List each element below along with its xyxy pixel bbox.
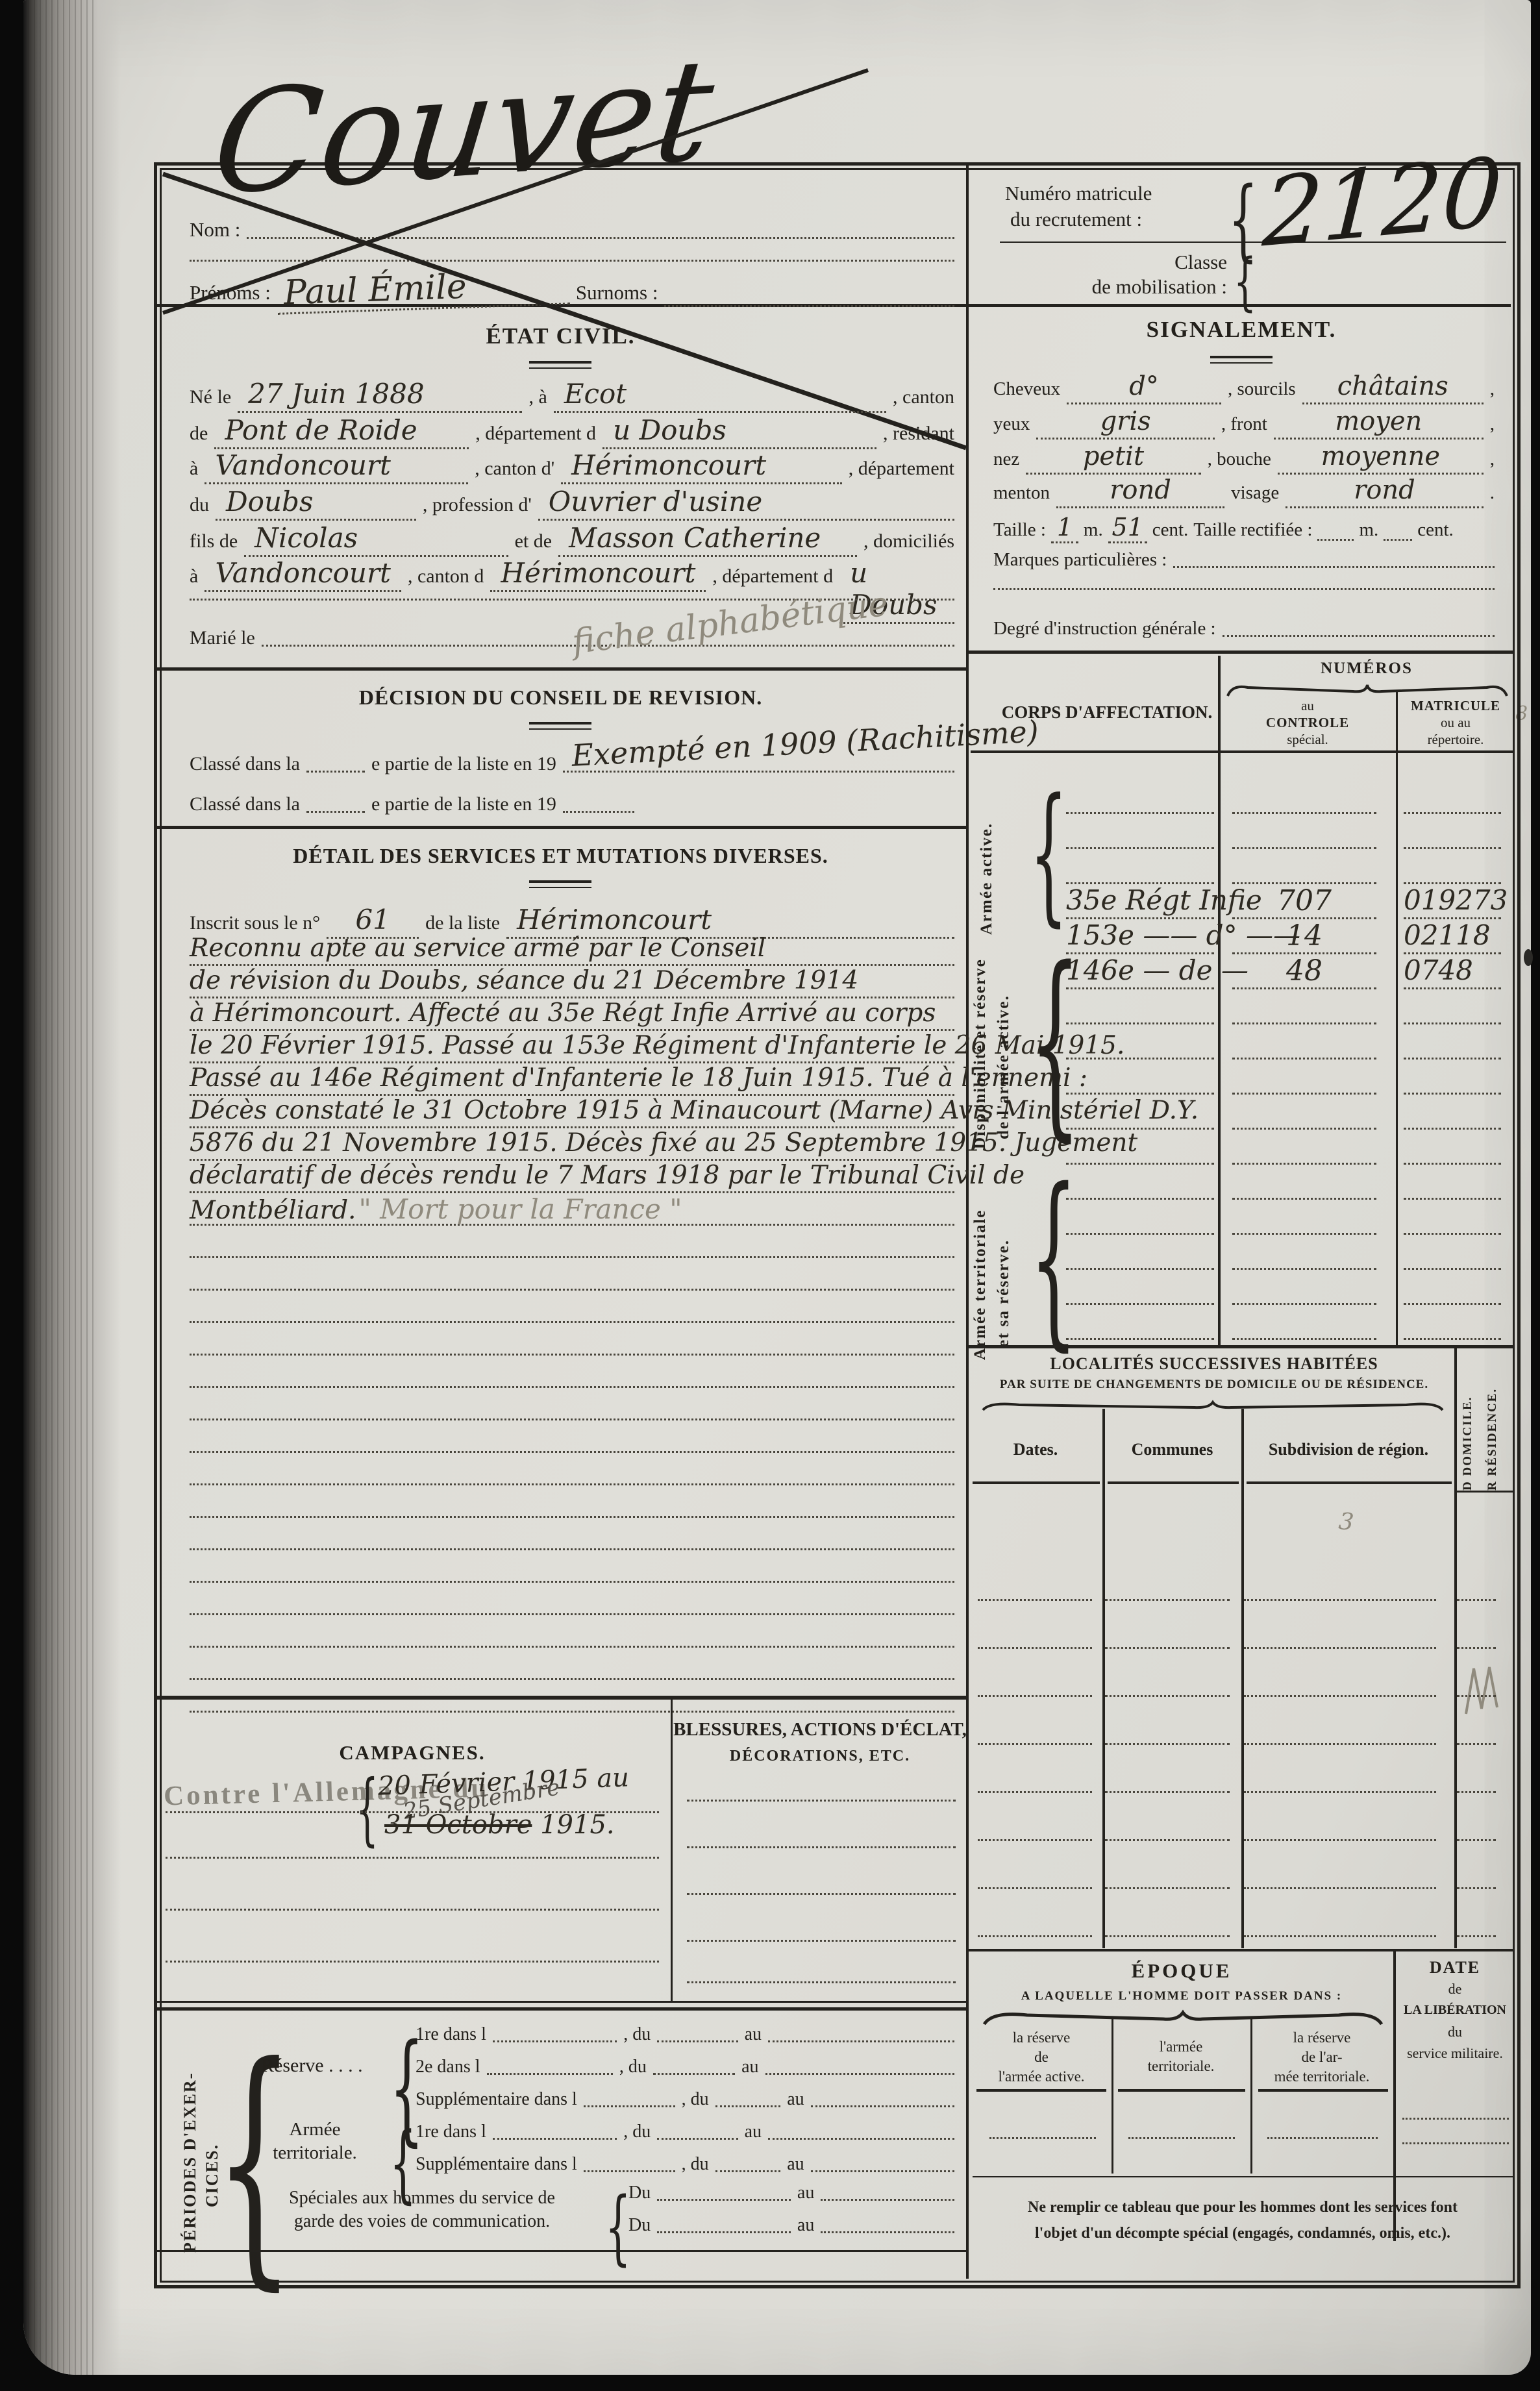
au-label: au: [745, 2024, 762, 2045]
classe1-blank: [306, 767, 365, 773]
localites-rows: [978, 1553, 1514, 1937]
yeux-label: yeux: [993, 414, 1030, 435]
periode-row: Du au: [628, 2183, 954, 2203]
services-line: Passé au 146e Régiment d'Infanterie le 1…: [190, 1063, 954, 1096]
services-line: Reconnu apte au service armé par le Cons…: [190, 934, 954, 966]
corps-affectation-title: CORPS D'AFFECTATION.: [1000, 702, 1214, 723]
residant-suffix: , résidant: [883, 423, 954, 445]
campagne-line: [166, 1909, 659, 1911]
dr-header-rule: [1457, 1491, 1513, 1493]
sig-row-4: menton rond visage rond .: [993, 475, 1495, 508]
subdivision-col-header: Subdivision de région.: [1248, 1440, 1449, 1459]
marques-row: Marques particulières :: [993, 549, 1495, 571]
disponibilite-label-2: de l'armée active.: [995, 938, 1013, 1139]
services-line: Décès constaté le 31 Octobre 1915 à Mina…: [190, 1096, 954, 1128]
epoque-col3-rule: [1258, 2089, 1388, 2092]
date-cell-line: [1402, 2142, 1509, 2144]
epoque-divider-1: [1112, 2018, 1113, 2174]
visage-value: rond: [1285, 475, 1484, 508]
matricule-col-header: MATRICULE ou au répertoire.: [1400, 697, 1511, 748]
corps-header-rule: [971, 750, 1514, 753]
signalement-title: SIGNALEMENT.: [969, 317, 1514, 343]
degre-line: [1223, 631, 1495, 637]
classe2-label-a: Classé dans la: [190, 793, 300, 815]
ec-row-2: de Pont de Roide , département d u Doubs…: [190, 414, 954, 449]
campagne-brace: {: [356, 1763, 379, 1855]
degre-row: Degré d'instruction générale :: [993, 618, 1495, 639]
sig-row-1: Cheveux d° , sourcils châtains ,: [993, 371, 1495, 404]
father-value: Nicolas: [244, 522, 508, 557]
a3-label: à: [190, 565, 198, 588]
mother-value: Masson Catherine: [558, 522, 857, 557]
unit-146e: 146e — de —: [1066, 954, 1214, 989]
dept3-label: , département d: [712, 565, 833, 588]
campagnes-bottom-rule-1: [157, 2001, 966, 2003]
etat-civil-title: ÉTAT CIVIL.: [154, 323, 967, 349]
pencil-3-mark: 3: [1337, 1508, 1355, 1536]
marques-line: [1173, 562, 1495, 568]
sig-punct: ,: [1490, 414, 1495, 435]
services-line: le 20 Février 1915. Passé au 153e Régime…: [190, 1031, 954, 1063]
epoque-divider-2: [1250, 2018, 1252, 2174]
taille-label: Taille :: [993, 519, 1046, 541]
domicilies-suffix: , domiciliés: [863, 530, 954, 552]
au-label: au: [797, 2183, 814, 2203]
armee-active-brace: {: [1030, 767, 1068, 941]
epoque-cell-line: [1267, 2137, 1378, 2139]
au-label: au: [741, 2057, 758, 2077]
reserve-label: Réserve . . . .: [261, 2055, 363, 2077]
cheveux-label: Cheveux: [993, 378, 1060, 400]
campagnes-title: CAMPAGNES.: [154, 1741, 671, 1765]
classe2-blank: [306, 807, 365, 813]
subdivision-header-rule: [1247, 1481, 1452, 1484]
services-text-block: Reconnu apte au service armé par le Cons…: [190, 934, 954, 1713]
dept2-suffix: , département: [849, 458, 954, 480]
au-label: au: [787, 2154, 804, 2175]
epoque-note: Ne remplir ce tableau que pour les homme…: [971, 2194, 1514, 2246]
services-title: DÉTAIL DES SERVICES ET MUTATIONS DIVERSE…: [154, 844, 967, 868]
inscrit-label-b: de la liste: [425, 912, 500, 934]
services-line: de révision du Doubs, séance du 21 Décem…: [190, 966, 954, 998]
sig-punct: .: [1490, 482, 1495, 504]
corps-rows: 35e Régt Infie 707 019273 153e —— d° —— …: [1066, 779, 1509, 1340]
territoriale-label: Armée territoriale.: [247, 2118, 383, 2164]
classe1-label-b: e partie de la liste en 19: [371, 753, 556, 775]
numeros-title: NUMÉROS: [1219, 660, 1514, 678]
epoque-top-rule: [969, 1949, 1514, 1951]
matricule-153e: 02118: [1404, 919, 1501, 954]
services-line: déclaratif de décès rendu le 7 Mars 1918…: [190, 1161, 954, 1193]
residence-value: Vandoncourt: [205, 449, 468, 484]
struck-date: 31 Octobre: [384, 1810, 532, 1840]
epoque-brace: [982, 2009, 1384, 2026]
territoriale-reserve-label-1: Armée territoriale: [971, 1152, 989, 1360]
periodes-side-label: PÉRIODES D'EXER-: [180, 2038, 200, 2253]
blessures-line: [687, 1893, 956, 1895]
book-spine-page-edges: [23, 0, 121, 2375]
matricule-label: Numéro matricule du recrutement :: [1005, 180, 1152, 232]
taille-cm: 51: [1108, 513, 1147, 543]
inscrit-label-a: Inscrit sous le n°: [190, 912, 320, 934]
au-label: au: [797, 2215, 814, 2236]
epoque-col1-header: la réservedel'armée active.: [975, 2028, 1108, 2087]
campagne-dates-2: 31 Octobre 1915.: [384, 1810, 615, 1840]
et-de-label: et de: [515, 530, 552, 552]
controle-153e: 14: [1232, 919, 1376, 954]
cent-label: cent.: [1152, 519, 1189, 541]
dept-value: u Doubs: [602, 414, 876, 449]
epoque-subtitle: A LAQUELLE L'HOMME DOIT PASSER DANS :: [974, 1989, 1389, 2003]
fils-de-label: fils de: [190, 530, 238, 552]
sig-punct: ,: [1490, 378, 1495, 400]
birthplace-value: Ecot: [554, 378, 886, 413]
ink-blot: [1524, 949, 1533, 966]
periode-row: Supplémentaire dans l , du au: [416, 2089, 954, 2110]
canton2-value: Hérimoncourt: [561, 449, 842, 484]
epoque-cell-line: [989, 2137, 1096, 2139]
sourcils-label: , sourcils: [1228, 378, 1296, 400]
corps-bottom-rule: [969, 1345, 1514, 1348]
blessures-title-2: DÉCORATIONS, ETC.: [673, 1748, 967, 1765]
periode-row: 1re dans l , du au: [416, 2122, 954, 2142]
etat-civil-bottom-rule: [157, 667, 966, 671]
du-label: , du: [623, 2122, 651, 2142]
front-value: moyen: [1274, 406, 1484, 440]
classe2-label-b: e partie de la liste en 19: [371, 793, 556, 815]
campagne-line: [166, 1811, 659, 1813]
periode-label: 1re dans l: [416, 2122, 486, 2142]
periode-label: 1re dans l: [416, 2024, 486, 2045]
date-cell-line: [1402, 2118, 1509, 2120]
classe-brace: {: [1234, 245, 1256, 318]
marques-label: Marques particulières :: [993, 549, 1167, 571]
periodes-bottom-rule: [157, 2250, 966, 2252]
periode-label: Supplémentaire dans l: [416, 2089, 577, 2110]
epoque-col3-header: la réservede l'ar-mée territoriale.: [1254, 2028, 1389, 2087]
au-label: au: [787, 2089, 804, 2110]
matricule-value: 2120: [1260, 137, 1505, 269]
blessures-line: [687, 1846, 956, 1848]
canton3-label: , canton d: [408, 565, 484, 588]
cent2-label: cent.: [1417, 519, 1454, 541]
sig-row-3: nez petit , bouche moyenne ,: [993, 441, 1495, 475]
canton-suffix: , canton: [893, 386, 954, 408]
ec-row-5: fils de Nicolas et de Masson Catherine ,…: [190, 522, 954, 557]
date-liberation-header: DATE de LA LIBÉRATION du service militai…: [1397, 1957, 1513, 2064]
campagne-line: [166, 1857, 659, 1859]
canton3-value: Hérimoncourt: [490, 557, 706, 592]
classe1-label-a: Classé dans la: [190, 753, 300, 775]
taille-rect-m-line: [1317, 535, 1354, 541]
degre-label: Degré d'instruction générale :: [993, 618, 1216, 639]
au-label: au: [745, 2122, 762, 2142]
communes-col-header: Communes: [1109, 1440, 1236, 1459]
du-label: Du: [628, 2215, 651, 2236]
dates-col-header: Dates.: [974, 1440, 1097, 1459]
yeux-value: gris: [1036, 406, 1215, 440]
residence-vertical-label: R RÉSIDENCE.: [1485, 1354, 1500, 1491]
periode-label: Supplémentaire dans l: [416, 2154, 577, 2175]
signalement-bottom-rule: [969, 650, 1514, 654]
ec-row-4: du Doubs , profession d' Ouvrier d'usine: [190, 486, 954, 521]
du-label: , du: [619, 2057, 647, 2077]
controle-146e: 48: [1232, 954, 1376, 989]
campagne-year: 1915.: [540, 1810, 615, 1840]
armee-active-label: Armée active.: [978, 773, 996, 935]
du-value: Doubs: [216, 486, 416, 521]
marie-label: Marié le: [190, 627, 255, 649]
blessures-title-1: BLESSURES, ACTIONS D'ÉCLAT,: [673, 1719, 967, 1741]
classe2-row: Classé dans la e partie de la liste en 1…: [190, 793, 748, 815]
localites-title-2: PAR SUITE DE CHANGEMENTS DE DOMICILE OU …: [974, 1378, 1454, 1392]
blessures-line: [687, 1981, 956, 1983]
m-label: m.: [1084, 519, 1103, 541]
unit-153e: 153e —— d° ——: [1066, 919, 1214, 954]
localites-brace: [980, 1400, 1445, 1411]
campagnes-bottom-rule-2: [157, 2007, 966, 2011]
taille-rect-label: Taille rectifiée :: [1193, 519, 1312, 541]
matricule-35e: 019273: [1404, 884, 1501, 919]
du-label: , du: [623, 2024, 651, 2045]
sig-punct: ,: [1490, 449, 1495, 470]
a3-value: Vandoncourt: [205, 557, 401, 592]
du-label: Du: [628, 2183, 651, 2203]
taille-m: 1: [1051, 513, 1078, 543]
periode-row: 1re dans l , du au: [416, 2024, 954, 2045]
epoque-col2-rule: [1118, 2089, 1245, 2092]
territoriale-reserve-label-2: et sa réserve.: [995, 1165, 1013, 1347]
visage-label: visage: [1231, 482, 1279, 504]
marques-blank: [993, 584, 1495, 593]
du-label: du: [190, 494, 209, 516]
m2-label: m.: [1359, 519, 1378, 541]
speciales-brace: {: [605, 2180, 631, 2274]
periode-row: Supplémentaire dans l , du au: [416, 2154, 954, 2175]
profession-value: Ouvrier d'usine: [538, 486, 954, 521]
services-bottom-rule: [157, 1696, 966, 1700]
bouche-label: , bouche: [1208, 449, 1271, 470]
a2-label: à: [190, 458, 198, 480]
unit-35e: 35e Régt Infie: [1066, 884, 1214, 919]
front-label: , front: [1221, 414, 1267, 435]
numeros-brace: [1226, 682, 1509, 697]
ec-row-3: à Vandoncourt , canton d' Hérimoncourt ,…: [190, 449, 954, 484]
du-label: , du: [682, 2089, 709, 2110]
cheveux-value: d°: [1067, 371, 1221, 404]
birthdate-value: 27 Juin 1888: [238, 378, 522, 413]
decision-bottom-rule: [157, 826, 966, 829]
controle-col-header: au CONTROLE spécial.: [1223, 697, 1392, 748]
decision-title: DÉCISION DU CONSEIL DE REVISION.: [154, 686, 967, 710]
a-label: , à: [528, 386, 547, 408]
communes-header-rule: [1108, 1481, 1239, 1484]
du-label: , du: [682, 2154, 709, 2175]
corps-entry-row: 146e — de — 48 0748: [1066, 954, 1509, 989]
blessures-line: [687, 1800, 956, 1802]
menton-label: menton: [993, 482, 1050, 504]
corps-entry-row: 35e Régt Infie 707 019273: [1066, 884, 1509, 919]
ec-row-1: Né le 27 Juin 1888 , à Ecot , canton: [190, 378, 954, 413]
services-line: Montbéliard.: [190, 1196, 356, 1225]
canton2-label: , canton d': [475, 458, 554, 480]
services-line: 5876 du 21 Novembre 1915. Décès fixé au …: [190, 1128, 954, 1161]
domicile-vertical-label: D DOMICILE.: [1461, 1354, 1475, 1491]
speciales-label: Spéciales aux hommes du service de garde…: [240, 2187, 604, 2233]
periode-row: Du au: [628, 2215, 954, 2236]
bouche-value: moyenne: [1278, 441, 1484, 475]
corps-entry-row: 153e —— d° —— 14 02118: [1066, 919, 1509, 954]
classe2-line: [563, 807, 634, 813]
profession-label: , profession d': [423, 494, 532, 516]
epoque-col1-rule: [976, 2089, 1106, 2092]
dates-header-rule: [973, 1481, 1100, 1484]
decision-rule: [529, 722, 591, 730]
campagne-line: [166, 1961, 659, 1963]
epoque-note-rule: [973, 2176, 1513, 2177]
de-label: de: [190, 423, 208, 445]
dept-label: , département d: [475, 423, 596, 445]
localites-title-1: LOCALITÉS SUCCESSIVES HABITÉES: [974, 1354, 1454, 1374]
nez-label: nez: [993, 449, 1019, 470]
disponibilite-label-1: Disponibilité et réserve: [971, 928, 989, 1149]
epoque-col2-header: l'arméeterritoriale.: [1115, 2037, 1247, 2076]
campagnes-divider: [671, 1700, 673, 2003]
nez-value: petit: [1026, 441, 1200, 475]
signalement-rule: [1210, 356, 1273, 364]
periode-row: 2e dans l , du au: [416, 2057, 954, 2077]
services-line: à Hérimoncourt. Affecté au 35e Régt Infi…: [190, 998, 954, 1031]
scanned-register-page: { "header": { "nom_label": "Nom :", "nom…: [0, 0, 1540, 2391]
mort-pour-la-france-note: " Mort pour la France ": [358, 1193, 682, 1225]
periode-label: 2e dans l: [416, 2057, 480, 2077]
epoque-title: ÉPOQUE: [974, 1959, 1389, 1983]
taille-row: Taille : 1 m. 51 cent. Taille rectifiée …: [993, 513, 1495, 543]
blessures-line: [687, 1940, 956, 1942]
services-rule: [529, 880, 591, 888]
menton-value: rond: [1056, 475, 1224, 508]
matricule-146e: 0748: [1404, 954, 1501, 989]
ne-le-label: Né le: [190, 386, 231, 408]
controle-35e: 707: [1232, 884, 1376, 919]
sig-row-2: yeux gris , front moyen ,: [993, 406, 1495, 440]
etat-civil-rule: [529, 361, 591, 369]
classe-mobilisation-label: Classe de mobilisation :: [1039, 250, 1227, 299]
canton-value: Pont de Roide: [214, 414, 469, 449]
taille-rect-cm-line: [1384, 535, 1412, 541]
epoque-cell-line: [1128, 2137, 1235, 2139]
sourcils-value: châtains: [1302, 371, 1484, 404]
